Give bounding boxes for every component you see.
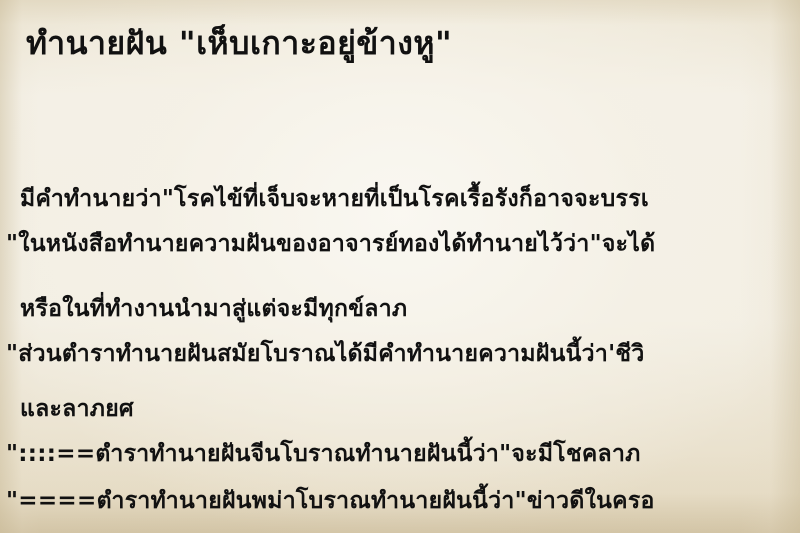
text-line-2: "ในหนังสือทำนายความฝันของอาจารย์ทองได้ทำ… [6,227,655,261]
text-line-6: "::::==ตำราทำนายฝันจีนโบราณทำนายฝันนี้ว่… [6,437,641,471]
text-line-4: "ส่วนตำราทำนายฝันสมัยโบราณได้มีคำทำนายคว… [6,337,645,371]
text-line-1: มีคำทำนายว่า"โรคไข้ที่เจ็บจะหายที่เป็นโร… [20,182,649,216]
text-line-3: หรือในที่ทำงานนำมาสู่แต่จะมีทุกข์ลาภ [20,292,407,326]
text-line-7: "====ตำราทำนายฝันพม่าโบราณทำนายฝันนี้ว่า… [6,484,655,518]
page-title: ทำนายฝัน "เห็บเกาะอยู่ข้างหู" [26,14,452,72]
text-line-5: และลาภยศ [20,392,134,426]
